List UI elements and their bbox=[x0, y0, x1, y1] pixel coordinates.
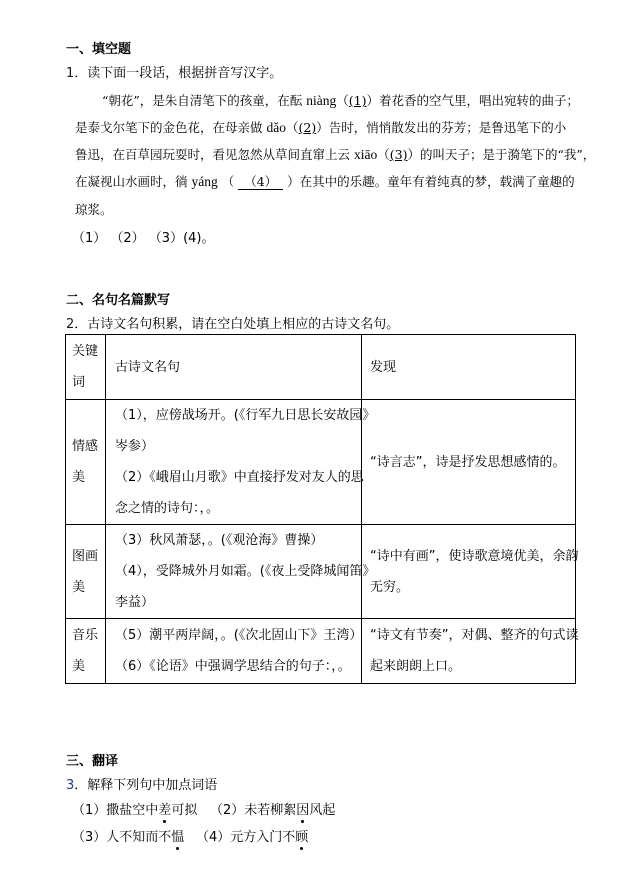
table-row: 音乐 美 （5）潮平两岸阔，。(《次北固山下》王湾） （6）《论语》中强调学思结… bbox=[66, 619, 576, 684]
dotted-word: 因 bbox=[296, 799, 309, 818]
dotted-word: 愠 bbox=[171, 826, 184, 845]
question-2-prompt: 2．古诗文名句积累，请在空白处填上相应的古诗文名句。 bbox=[66, 313, 399, 332]
passage-line-4: 在凝视山水画时，徜 yáng （ （4） ）在其中的乐趣。童年有着纯真的梦，载满… bbox=[75, 172, 575, 190]
section-title-recitation: 二、名句名篇默写 bbox=[66, 289, 170, 308]
blank-4[interactable]: （4） bbox=[238, 175, 283, 190]
passage-line-2: 是泰戈尔笔下的金色花，在母亲做 dǎo（(2)）告时，悄悄散发出的芬芳；是鲁迅笔… bbox=[75, 118, 566, 136]
question-3-prompt: 3．解释下列句中加点词语 bbox=[66, 774, 217, 793]
passage-line-3: 鲁迅，在百草园玩耍时，看见忽然从草间直窜上云 xiāo（(3)）的叫天子；是于漪… bbox=[75, 145, 595, 163]
translation-item-3: （3）人不知而不愠 bbox=[72, 826, 184, 845]
dotted-word: 顾 bbox=[295, 826, 308, 845]
pinyin-niang: niàng bbox=[306, 93, 336, 108]
verse-cell[interactable]: （3）秋风萧瑟，。(《观沧海》曹操） （4），受降城外月如霜。(《夜上受降城闻笛… bbox=[106, 525, 362, 619]
keyword-cell: 音乐 美 bbox=[66, 619, 106, 684]
passage-line-1: “朝花”，是朱自清笔下的孩童，在酝 niàng（(1)）着花香的空气里，唱出宛转… bbox=[102, 91, 579, 109]
answer-line-1: （1） （2） （3）(4)。 bbox=[72, 227, 215, 246]
question-text: ．解释下列句中加点词语 bbox=[74, 778, 217, 793]
blank-3[interactable]: (3) bbox=[390, 147, 408, 162]
table-row: 图画 美 （3）秋风萧瑟，。(《观沧海》曹操） （4），受降城外月如霜。(《夜上… bbox=[66, 525, 576, 619]
translation-item-4: （4）元方入门不顾 bbox=[196, 826, 308, 845]
question-1-prompt: 1．读下面一段话，根据拼音写汉字。 bbox=[66, 62, 282, 81]
pinyin-dao: dǎo bbox=[266, 120, 286, 135]
question-text: ．古诗文名句积累，请在空白处填上相应的古诗文名句。 bbox=[74, 317, 399, 332]
passage-line-5: 琼浆。 bbox=[75, 200, 113, 218]
verse-cell[interactable]: （1），应傍战场开。(《行军九日思长安故园》 岑参） （2）《峨眉山月歌》中直接… bbox=[106, 400, 362, 525]
translation-item-2: （2）未若柳絮因风起 bbox=[210, 799, 335, 818]
keyword-cell: 情感 美 bbox=[66, 400, 106, 525]
translation-item-1: （1）撒盐空中差可拟 bbox=[72, 799, 197, 818]
header-finding: 发现 bbox=[362, 335, 576, 400]
blank-2[interactable]: (2) bbox=[299, 120, 317, 135]
blank-1[interactable]: (1) bbox=[349, 93, 367, 108]
pinyin-yang: yáng bbox=[191, 174, 217, 189]
section-title-translation: 三、翻译 bbox=[66, 750, 118, 769]
table-row: 情感 美 （1），应傍战场开。(《行军九日思长安故园》 岑参） （2）《峨眉山月… bbox=[66, 400, 576, 525]
finding-cell: “诗言志”，诗是抒发思想感情的。 bbox=[362, 400, 576, 525]
header-keyword: 关键 词 bbox=[66, 335, 106, 400]
pinyin-xiao: xiāo bbox=[354, 147, 377, 162]
keyword-cell: 图画 美 bbox=[66, 525, 106, 619]
finding-cell: “诗文有节奏”，对偶、整齐的句式读 起来朗朗上口。 bbox=[362, 619, 576, 684]
finding-cell: “诗中有画”，使诗歌意境优美，余韵 无穷。 bbox=[362, 525, 576, 619]
poetry-table: 关键 词 古诗文名句 发现 情感 美 （1），应傍战场开。(《行军九日思长安故园… bbox=[65, 334, 576, 684]
question-text: ．读下面一段话，根据拼音写汉字。 bbox=[74, 66, 282, 81]
dotted-word: 差 bbox=[158, 799, 171, 818]
table-header-row: 关键 词 古诗文名句 发现 bbox=[66, 335, 576, 400]
section-title-fill-blank: 一、填空题 bbox=[66, 38, 131, 57]
header-verse: 古诗文名句 bbox=[106, 335, 362, 400]
verse-cell[interactable]: （5）潮平两岸阔，。(《次北固山下》王湾） （6）《论语》中强调学思结合的句子：… bbox=[106, 619, 362, 684]
